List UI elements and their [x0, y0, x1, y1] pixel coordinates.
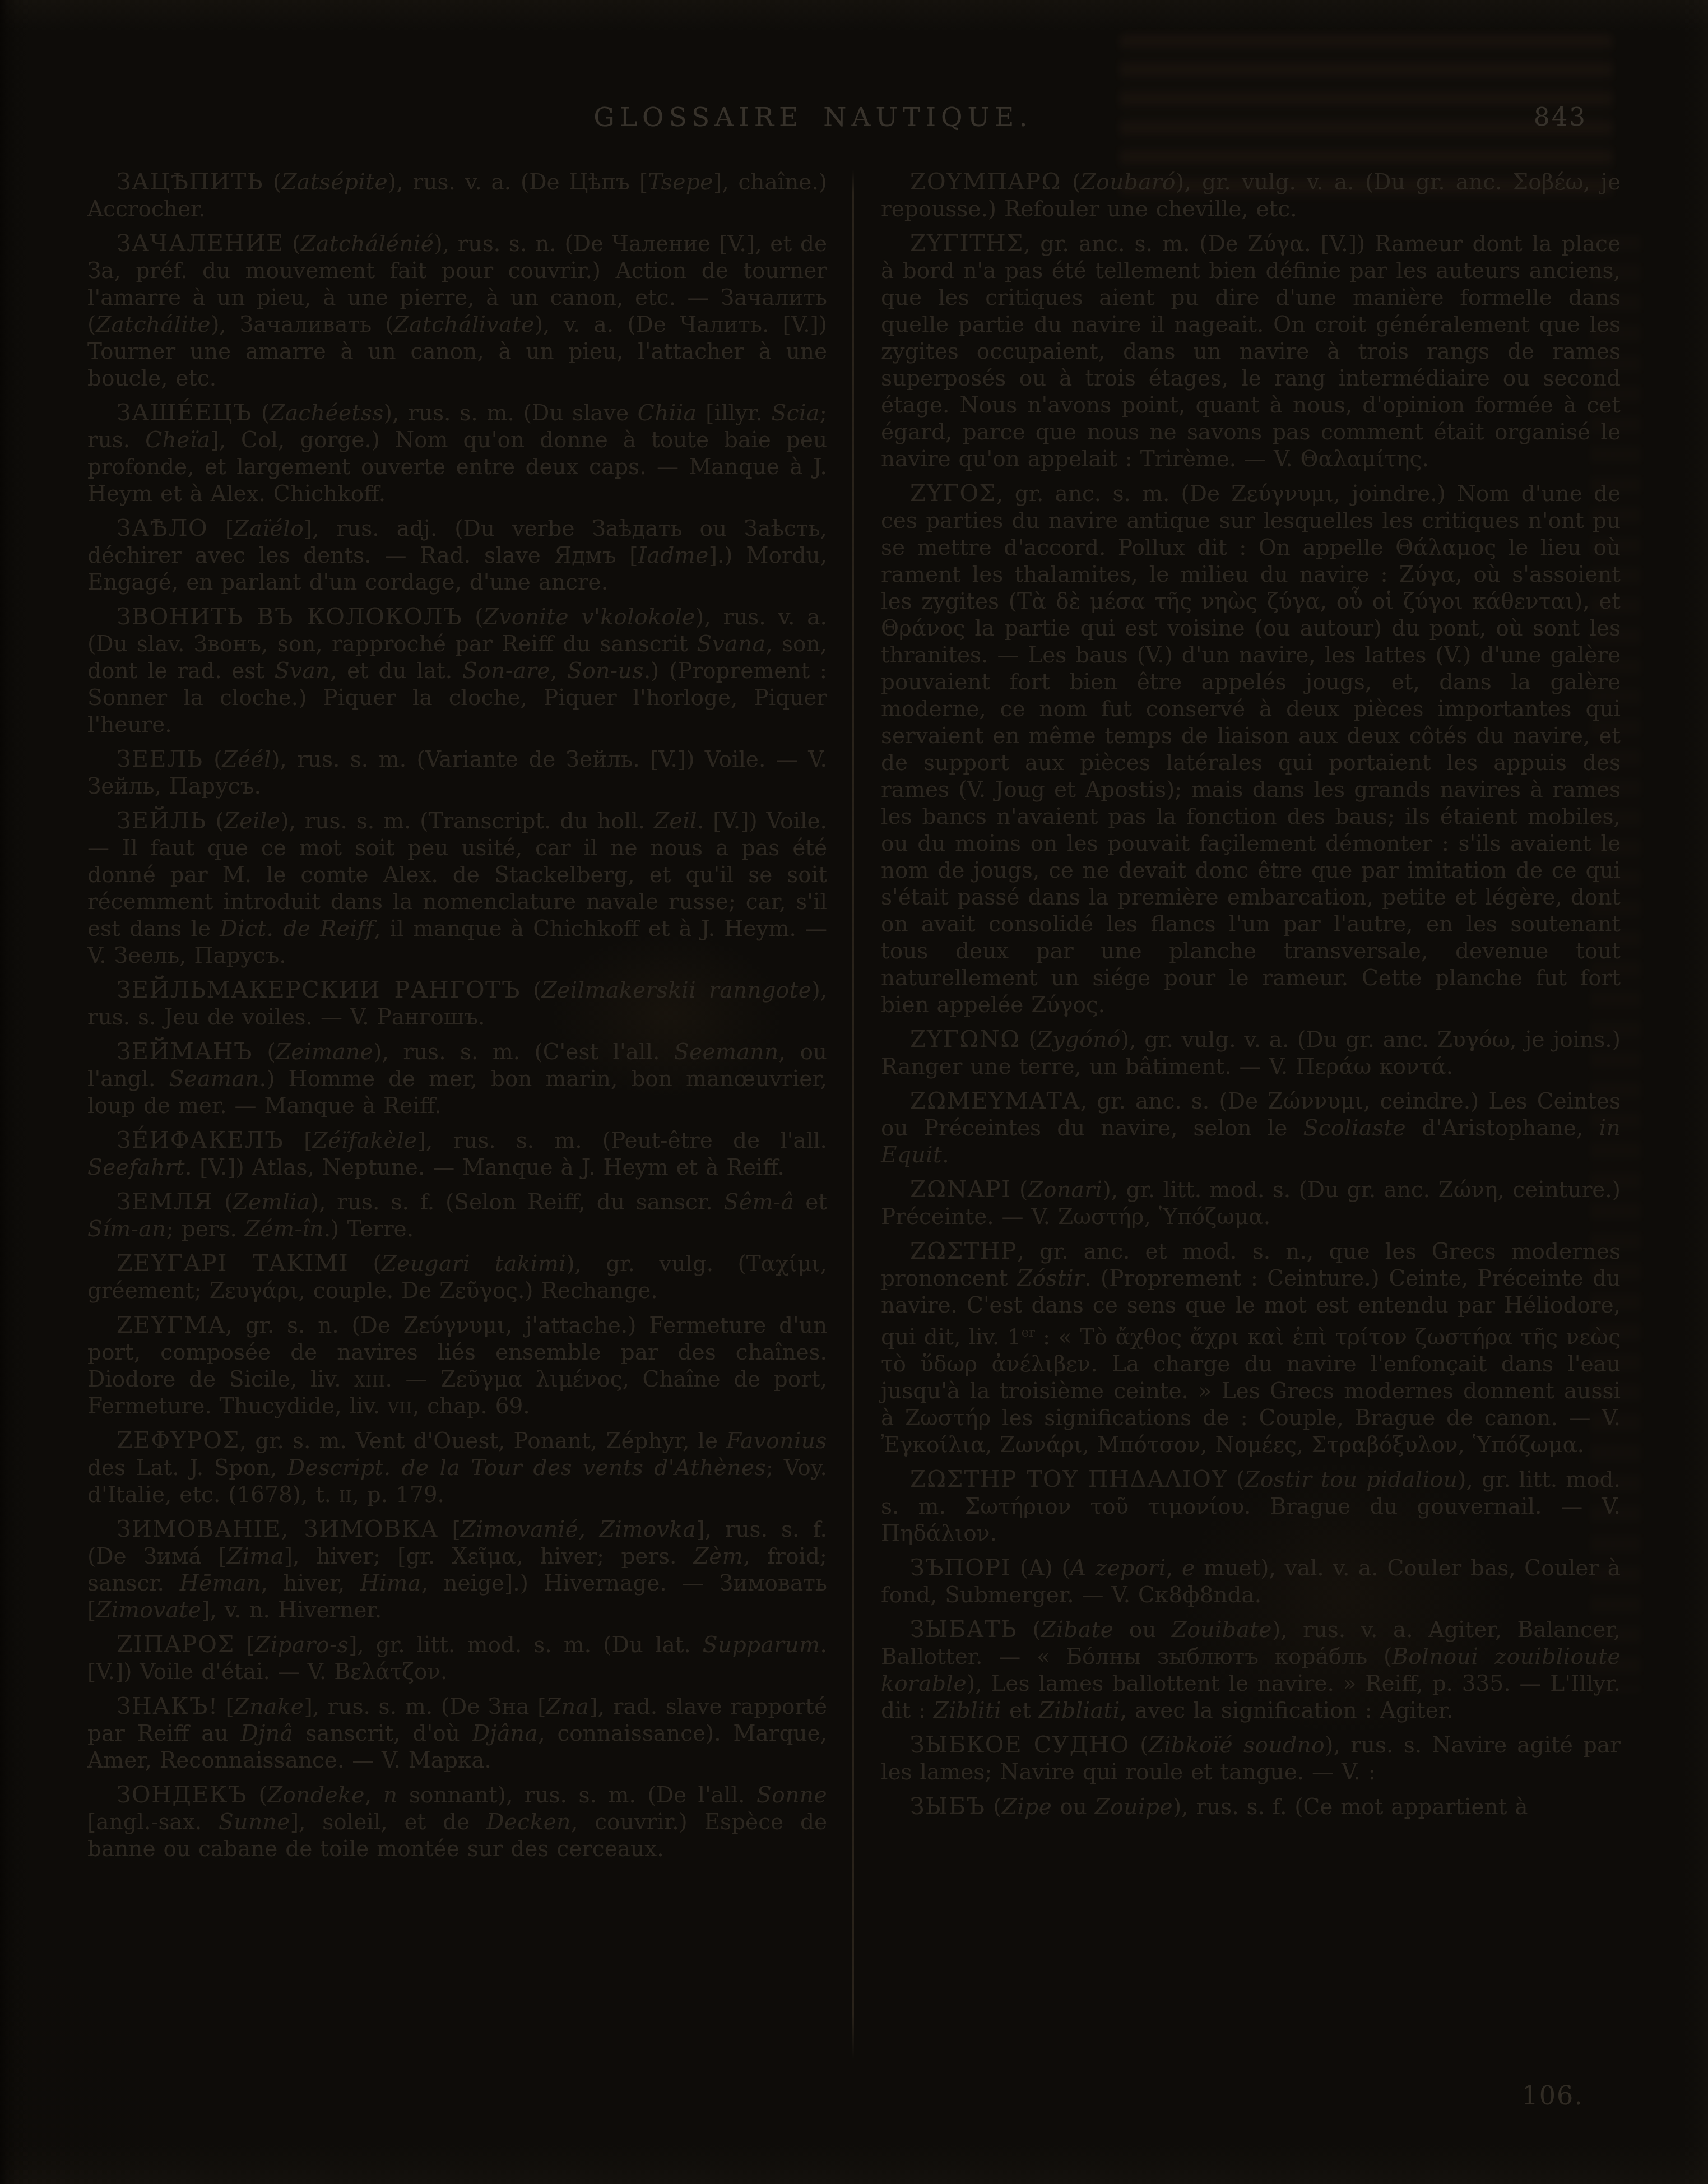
running-title: GLOSSAIRE NAUTIQUE.	[593, 102, 1032, 133]
left-column: ЗАЦѢПИТЬ (Zatsépite), rus. v. a. (De Цѣп…	[87, 168, 827, 1870]
dictionary-entry: ЗАѢЛО [Zaïélo], rus. adj. (Du verbe Заѣд…	[87, 514, 827, 596]
dictionary-entry: ЗЕЕЛЬ (Zéél), rus. s. m. (Variante de Зе…	[87, 745, 827, 800]
text-columns: ЗАЦѢПИТЬ (Zatsépite), rus. v. a. (De Цѣп…	[87, 168, 1621, 2102]
dictionary-entry: ΖΥΓΟΣ, gr. anc. s. m. (De Ζεύγνυμι, join…	[881, 480, 1621, 1019]
dictionary-entry: ЗЫБАТЬ (Zibate ou Zouibate), rus. v. a. …	[881, 1616, 1621, 1724]
dictionary-entry: ΖΩΣΤΗΡ ΤΟΥ ΠΗΔΑΛΙΟΥ (Zostir tou pidaliou…	[881, 1466, 1621, 1547]
dictionary-entry: ΖΩΝΑΡΙ (Zonari), gr. litt. mod. s. (Du g…	[881, 1176, 1621, 1231]
dictionary-entry: ЗОНДЕКЪ (Zondeke, n sonnant), rus. s. m.…	[87, 1781, 827, 1863]
dictionary-entry: ΖΕΦΥΡΟΣ, gr. s. m. Vent d'Ouest, Ponant,…	[87, 1427, 827, 1509]
page-number: 843	[1534, 102, 1587, 132]
dictionary-entry: ЗИМОВАНIЕ, ЗИМОВКА [Zimovanié, Zimovka],…	[87, 1515, 827, 1624]
dictionary-entry: ΖΩΣΤΗΡ, gr. anc. et mod. s. n., que les …	[881, 1237, 1621, 1459]
dictionary-entry: ΖΕΥΓΜΑ, gr. s. n. (De Ζεύγνυμι, j'attach…	[87, 1311, 827, 1420]
dictionary-entry: ЗЫБЪ (Zipe ou Zouipe), rus. s. f. (Ce mo…	[881, 1793, 1621, 1821]
signature-mark: 106.	[1522, 2080, 1584, 2111]
dictionary-entry: ЗАШЕ́ЕЦЪ (Zachéetss), rus. s. m. (Du sla…	[87, 399, 827, 508]
dictionary-entry: ЗЕМЛЯ (Zemlia), rus. s. f. (Selon Reiff,…	[87, 1188, 827, 1243]
dictionary-entry: ΖΟΥΜΠΑΡΩ (Zoubaró), gr. vulg. v. a. (Du …	[881, 168, 1621, 223]
dictionary-entry: ΖΕΥΓΑΡΙ ΤΑΚΙΜΙ (Zeugari takimi), gr. vul…	[87, 1250, 827, 1305]
dictionary-entry: ΖΩΜΕΥΜΑΤΑ, gr. anc. s. (De Ζώννυμι, cein…	[881, 1087, 1621, 1169]
dictionary-entry: ЗЪПОРI (A) (A zepori, e muet), val. v. a…	[881, 1554, 1621, 1609]
dictionary-entry: ЗАЧАЛЕНИЕ (Zatchálénié), rus. s. n. (De …	[87, 230, 827, 392]
dictionary-entry: ЗЕЙЛЬ (Zeile), rus. s. m. (Transcript. d…	[87, 807, 827, 970]
dictionary-entry: ΖΥΓΙΤΗΣ, gr. anc. s. m. (De Ζύγα. [V.]) …	[881, 230, 1621, 473]
dictionary-entry: ЗЕ́ИФАКЕЛЪ [Zéïfakèle], rus. s. m. (Peut…	[87, 1126, 827, 1181]
column-divider-rule	[852, 170, 854, 2059]
dictionary-entry: ΖΙΠΑΡΟΣ [Ziparo-s], gr. litt. mod. s. m.…	[87, 1631, 827, 1686]
dictionary-entry: ΖΥΓΩΝΩ (Zygónó), gr. vulg. v. a. (Du gr.…	[881, 1026, 1621, 1081]
dictionary-entry: ЗАЦѢПИТЬ (Zatsépite), rus. v. a. (De Цѣп…	[87, 168, 827, 223]
dictionary-entry: ЗВОНИТЬ ВЪ КОЛОКОЛЪ (Zvonite v'kolokole)…	[87, 603, 827, 739]
dictionary-entry: ЗЕЙЛЬМАКЕРСКИИ РАНГОТЪ (Zeilmakerskii ra…	[87, 976, 827, 1031]
dictionary-entry: ЗЫБКОЕ СУДНО (Zibkoïé soudno), rus. s. N…	[881, 1731, 1621, 1786]
dictionary-entry: ЗЕЙМАНЪ (Zeimane), rus. s. m. (C'est l'a…	[87, 1038, 827, 1120]
scanned-page: GLOSSAIRE NAUTIQUE. 843 ЗАЦѢПИТЬ (Zatsép…	[0, 0, 1708, 2184]
dictionary-entry: ЗНАКЪ! [Znake], rus. s. m. (De Зна [Zna]…	[87, 1693, 827, 1774]
right-column: ΖΟΥΜΠΑΡΩ (Zoubaró), gr. vulg. v. a. (Du …	[881, 168, 1621, 1828]
page-header: GLOSSAIRE NAUTIQUE. 843	[0, 102, 1708, 141]
